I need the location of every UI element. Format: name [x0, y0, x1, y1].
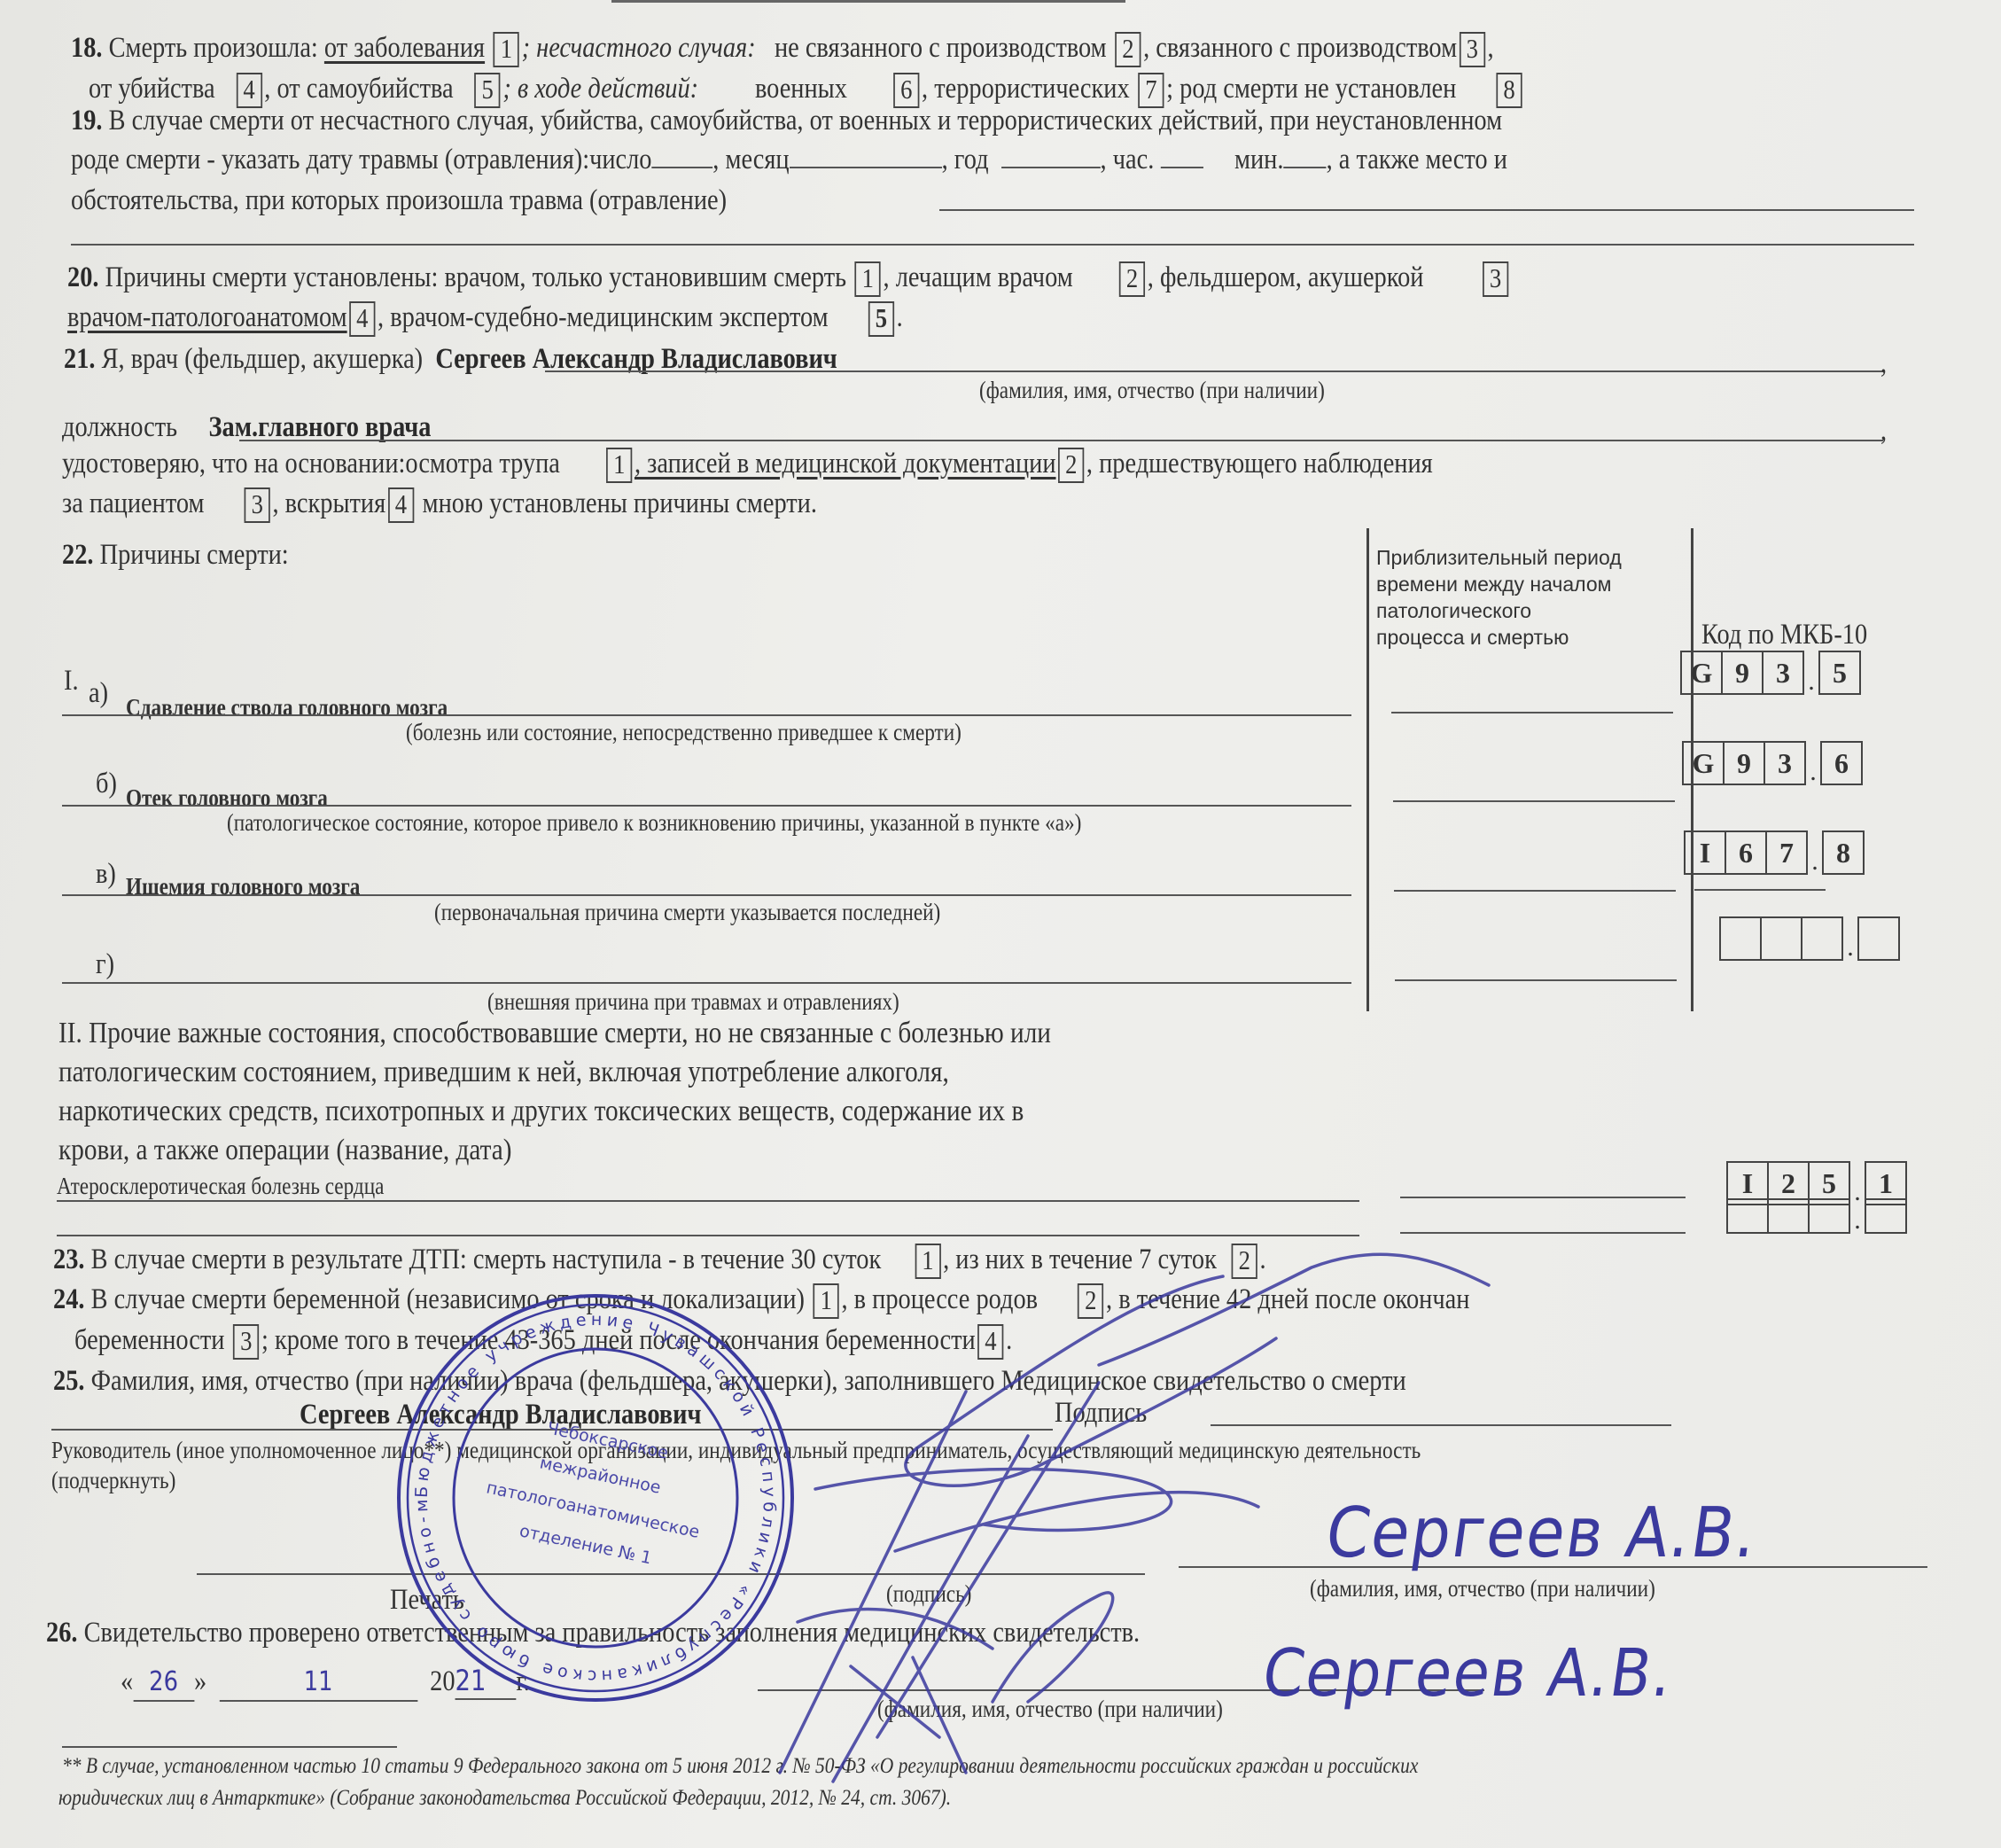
checkbox-4[interactable]: 4 — [388, 487, 414, 523]
circumstances-field-line2[interactable] — [71, 244, 1914, 246]
label: должность — [62, 411, 177, 443]
section-20-line1: 20. Причины смерти установлены: врачом, … — [67, 260, 1511, 297]
icd-dot: . — [1804, 668, 1818, 695]
section-number: 24. — [53, 1283, 84, 1315]
cause-c-underline — [62, 894, 1351, 896]
label: Причины смерти: — [100, 539, 289, 571]
cause-b-underline — [62, 805, 1351, 807]
checkbox-3[interactable]: 3 — [1460, 32, 1485, 67]
injury-month-field[interactable] — [790, 167, 942, 168]
label: В случае смерти от несчастного случая, у… — [109, 105, 1502, 136]
option-examination: осмотра трупа — [405, 448, 559, 480]
handwritten-fio-checker: Сергеев А.В. — [1258, 1635, 1678, 1712]
option-autopsy: , вскрытия — [272, 487, 385, 519]
comma: , — [1880, 346, 1887, 381]
icd-char[interactable] — [1760, 916, 1802, 961]
option-suicide: , от самоубийства — [264, 73, 453, 105]
section-22-title: 22. Причины смерти: — [62, 537, 289, 573]
cause-c-field[interactable]: Ишемия головного мозга — [126, 869, 360, 904]
icd-code-a[interactable]: G 9 3 . 5 — [1682, 651, 1861, 695]
checkbox-4[interactable]: 4 — [349, 301, 375, 337]
option-attending: , лечащим врачом — [884, 261, 1073, 293]
part-2-row1-underline — [57, 1200, 1359, 1202]
checkbox-3[interactable]: 3 — [233, 1324, 259, 1360]
cause-d-field[interactable] — [62, 982, 1351, 984]
header-line: процесса и смертью — [1376, 624, 1622, 651]
part-1-label: I. — [64, 663, 79, 698]
option-pathologist[interactable]: врачом-патологоанатомом — [67, 301, 347, 333]
icd-char[interactable]: 6 — [1820, 741, 1863, 785]
icd-char[interactable] — [1719, 916, 1762, 961]
section-number: 23. — [53, 1244, 84, 1275]
label: мин. — [1234, 144, 1283, 175]
icd-dot: . — [1843, 934, 1857, 961]
icd-char[interactable]: 9 — [1721, 651, 1764, 695]
checkbox-1[interactable]: 1 — [606, 448, 632, 483]
check-month-field[interactable]: 11 — [219, 1665, 417, 1702]
option-murder: от убийства — [89, 73, 215, 105]
section-number: 25. — [53, 1365, 84, 1397]
option-military: военных — [755, 73, 847, 105]
icd-code-ii-2[interactable]: . — [1728, 1198, 1907, 1234]
text-line: патологическим состоянием, приведшим к н… — [58, 1053, 1051, 1092]
icd-char[interactable] — [1865, 1198, 1907, 1234]
label: , год — [942, 144, 989, 175]
cause-a-underline — [62, 714, 1351, 716]
period-c-field[interactable] — [1394, 890, 1676, 892]
icd-char[interactable] — [1808, 1198, 1850, 1234]
underline-hint: (подчеркнуть) — [51, 1466, 175, 1494]
icd-dot: . — [1850, 1207, 1865, 1234]
injury-year-field[interactable] — [1001, 167, 1101, 168]
checkbox-3[interactable]: 3 — [245, 487, 270, 523]
stamp-inner-line: межрайонное — [538, 1453, 663, 1497]
label: , а также место и — [1327, 144, 1507, 175]
icd-char[interactable] — [1767, 1198, 1810, 1234]
section-number: 26. — [46, 1617, 77, 1649]
label: удостоверяю, что на основании: — [62, 448, 405, 480]
injury-minute-field[interactable] — [1283, 167, 1326, 168]
top-edge-line — [611, 0, 1125, 3]
option-confirmer: врачом, только установившим смерть — [444, 261, 846, 293]
checkbox-2[interactable]: 2 — [1119, 261, 1145, 297]
cause-b-hint: (патологическое состояние, которое приве… — [227, 808, 1081, 837]
text-line: крови, а также операции (название, дата) — [58, 1131, 1051, 1170]
cause-a-letter: а) — [89, 675, 108, 711]
checkbox-1[interactable]: 1 — [494, 32, 519, 67]
position-underline — [239, 440, 1883, 441]
icd-char[interactable]: 5 — [1818, 651, 1861, 695]
section-19-line3: обстоятельства, при которых произошла тр… — [71, 183, 727, 218]
period-b-field[interactable] — [1393, 800, 1675, 802]
section-number: 19. — [71, 105, 102, 136]
label: Причины смерти установлены: — [105, 261, 439, 293]
injury-hour-field[interactable] — [1160, 167, 1203, 168]
icd-char[interactable]: 3 — [1762, 651, 1804, 695]
icd-c-underline — [1694, 889, 1826, 891]
official-stamp: Бюджетное учреждение Чувашской Республик… — [392, 1290, 799, 1706]
icd-code-d[interactable]: . — [1721, 916, 1900, 961]
period-d-field[interactable] — [1395, 979, 1677, 981]
checkbox-2[interactable]: 2 — [1115, 32, 1141, 67]
checkbox-1[interactable]: 1 — [855, 261, 881, 297]
cause-a-hint: (болезнь или состояние, непосредственно … — [406, 718, 962, 746]
doctor-name-underline — [545, 370, 1883, 372]
cause-d-hint: (внешняя причина при травмах и отравлени… — [487, 987, 899, 1016]
icd-char[interactable] — [1857, 916, 1900, 961]
label: , месяц — [712, 144, 789, 175]
circumstances-field[interactable] — [939, 209, 1914, 211]
section-number: 21. — [64, 343, 95, 375]
option-observation: , предшествующего наблюдения — [1086, 448, 1433, 480]
stamp-inner-line: Чебоксарское — [545, 1418, 669, 1462]
icd-char[interactable]: 3 — [1764, 741, 1806, 785]
icd-dot: . — [1808, 848, 1822, 875]
cause-c-letter: в) — [96, 856, 116, 892]
label: Смерть произошла: — [109, 32, 318, 64]
section-19-line2: роде смерти - указать дату травмы (отрав… — [71, 142, 1507, 177]
section-18-line1: 18. Смерть произошла: от заболевания 1; … — [71, 30, 1494, 67]
handwritten-fio-head: Сергеев А.В. — [1321, 1493, 1764, 1573]
option-paramedic: , фельдшером, акушеркой — [1148, 261, 1424, 293]
footnote-divider — [62, 1746, 397, 1748]
cause-b-letter: б) — [96, 766, 117, 801]
icd-code-c[interactable]: I 6 7 . 8 — [1686, 830, 1865, 875]
option-accident-nonwork: не связанного с производством — [775, 32, 1107, 64]
part-2-row1-field[interactable]: Атеросклеротическая болезнь сердца — [57, 1172, 384, 1200]
icd-char[interactable]: I — [1684, 830, 1726, 875]
injury-day-field[interactable] — [652, 167, 713, 168]
icd-code-b[interactable]: G 9 3 . 6 — [1684, 741, 1863, 785]
option-medical-records[interactable]: , записей в медицинской документации — [635, 448, 1056, 480]
part-2-row2-field[interactable] — [57, 1235, 1359, 1236]
part-2-period-2[interactable] — [1400, 1232, 1686, 1234]
cause-d-letter: г) — [96, 947, 114, 982]
position-field[interactable]: Зам.главного врача — [209, 411, 432, 443]
option-terror: , террористических — [922, 73, 1130, 105]
checkbox-2[interactable]: 2 — [1058, 448, 1084, 483]
section-21-basis: удостоверяю, что на основании:осмотра тр… — [62, 446, 1433, 483]
cause-a-field[interactable]: Сдавление ствола головного мозга — [126, 690, 448, 725]
label: ; несчастного случая: — [522, 32, 756, 64]
icd-char[interactable]: G — [1682, 741, 1725, 785]
section-number: 20. — [67, 261, 98, 293]
section-number: 22. — [62, 539, 93, 571]
icd-char[interactable]: 9 — [1723, 741, 1765, 785]
icd-char[interactable]: 6 — [1725, 830, 1767, 875]
icd-char[interactable]: G — [1680, 651, 1723, 695]
section-19-line1: 19. В случае смерти от несчастного случа… — [71, 103, 1502, 138]
section-number: 18. — [71, 32, 102, 64]
label: беременности — [74, 1324, 224, 1356]
label: роде смерти - указать дату травмы (отрав… — [71, 144, 652, 175]
icd-char[interactable]: 7 — [1765, 830, 1808, 875]
label: ; в ходе действий: — [502, 73, 698, 105]
icd-char[interactable]: 8 — [1822, 830, 1865, 875]
section-21-basis2: за пациентом 3, вскрытия4 мною установле… — [62, 486, 817, 523]
option-accident-work: , связанного с производством — [1143, 32, 1457, 64]
icd-char[interactable] — [1801, 916, 1843, 961]
quote: » — [194, 1665, 206, 1697]
quote: « — [121, 1665, 133, 1697]
icd-char[interactable] — [1726, 1198, 1769, 1234]
section-20-line2: врачом-патологоанатомом4, врачом-судебно… — [67, 300, 903, 337]
label: обстоятельства, при которых произошла тр… — [71, 184, 727, 216]
name-hint: (фамилия, имя, отчество (при наличии) — [979, 376, 1325, 404]
option-disease[interactable]: от заболевания — [324, 32, 485, 64]
column-divider — [1366, 528, 1369, 1011]
part-2-period-1[interactable] — [1400, 1197, 1686, 1198]
text-line: наркотических средств, психотропных и др… — [58, 1092, 1051, 1131]
header-line: времени между началом — [1376, 571, 1622, 597]
check-day-field[interactable]: 26 — [133, 1665, 194, 1702]
header-line: Приблизительный период — [1376, 544, 1622, 571]
label: мною установлены причины смерти. — [423, 487, 817, 519]
comma: , — [1880, 413, 1887, 448]
period-header: Приблизительный период времени между нач… — [1376, 544, 1622, 651]
cause-c-hint: (первоначальная причина смерти указывает… — [434, 898, 940, 926]
option-undetermined: ; род смерти не установлен — [1166, 73, 1456, 105]
text-line: II. Прочие важные состояния, способствов… — [58, 1014, 1051, 1053]
icd-dot: . — [1806, 759, 1820, 785]
icd-header: Код по МКБ-10 — [1701, 617, 1867, 652]
stamp-inner-line: патологоанатомическое — [485, 1478, 702, 1542]
label: Я, врач (фельдшер, акушерка) — [102, 343, 424, 375]
label: , час. — [1101, 144, 1155, 175]
period-a-field[interactable] — [1391, 712, 1673, 713]
label: за пациентом — [62, 487, 204, 519]
part-2-text: II. Прочие важные состояния, способствов… — [58, 1014, 1051, 1170]
checkbox-5[interactable]: 5 — [868, 301, 894, 337]
option-forensic: , врачом-судебно-медицинским экспертом — [378, 301, 829, 333]
header-line: патологического — [1376, 597, 1622, 624]
checkbox-3[interactable]: 3 — [1483, 261, 1508, 297]
